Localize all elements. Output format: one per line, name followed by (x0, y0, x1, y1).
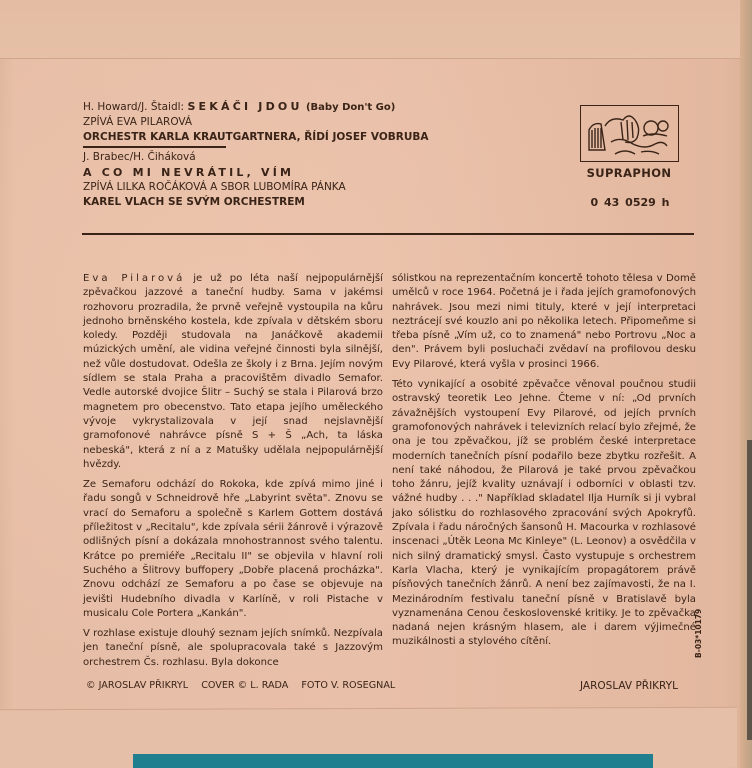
label-brand: SUPRAPHON (578, 166, 680, 180)
article-paragraph: Eva Pilarová je už po léta naší nejpopul… (83, 272, 383, 472)
article-paragraph: sólistkou na reprezentačním koncertě toh… (392, 272, 696, 372)
cover-credit: COVER © L. RADA (201, 680, 288, 691)
sleeve-edge-shadow (747, 440, 752, 740)
photo-credit: FOTO V. ROSEGNAL (301, 680, 395, 691)
article-paragraph: Této vynikající a osobité zpěvačce věnov… (392, 378, 696, 650)
author-signature: JAROSLAV PŘIKRYL (580, 680, 678, 692)
article-paragraph: Ze Semaforu odchází do Rokoka, kde zpívá… (83, 478, 383, 621)
article-left-column: Eva Pilarová je už po léta naší nejpopul… (83, 272, 383, 676)
track-1-original-title: (Baby Don't Go) (306, 102, 395, 113)
track-1-orchestra: ORCHESTR KARLA KRAUTGARTNERA, ŘÍDÍ JOSEF… (83, 130, 429, 145)
track-1-singer: ZPÍVÁ EVA PILAROVÁ (83, 115, 429, 130)
handwritten-note: SP 1/75 (0, 50, 78, 90)
inner-sleeve-strip (133, 754, 653, 768)
track-2-singer: ZPÍVÁ LILKA ROČÁKOVÁ A SBOR LUBOMÍRA PÁN… (83, 180, 429, 195)
article-lead-name: Eva Pilarová (83, 273, 185, 284)
header-divider (82, 233, 694, 235)
track-separator (83, 146, 226, 148)
top-flap (0, 0, 752, 59)
track-1-heading: H. Howard/J. Štaidl: SEKÁČI JDOU (Baby D… (83, 99, 429, 115)
track-1-authors: H. Howard/J. Štaidl: (83, 101, 184, 113)
catalog-number: 0 43 0529 h (580, 196, 680, 209)
track-2-authors: J. Brabec/H. Čiháková (83, 150, 429, 165)
article-right-column: sólistkou na reprezentačním koncertě toh… (392, 272, 696, 656)
copyright-text: © JAROSLAV PŘIKRYL (86, 680, 188, 691)
footer-credits: © JAROSLAV PŘIKRYL COVER © L. RADA FOTO … (86, 680, 405, 691)
track-2-orchestra: KAREL VLACH SE SVÝM ORCHESTREM (83, 195, 429, 210)
track-1-title: SEKÁČI JDOU (187, 100, 302, 113)
print-code: B-03*10179 (694, 609, 703, 658)
track-credits: H. Howard/J. Štaidl: SEKÁČI JDOU (Baby D… (83, 99, 429, 210)
article-paragraph: V rozhlase existuje dlouhý seznam jejích… (83, 627, 383, 670)
supraphon-logo-icon (580, 105, 679, 162)
track-2-title: A CO MI NEVRÁTIL, VÍM (83, 165, 429, 180)
